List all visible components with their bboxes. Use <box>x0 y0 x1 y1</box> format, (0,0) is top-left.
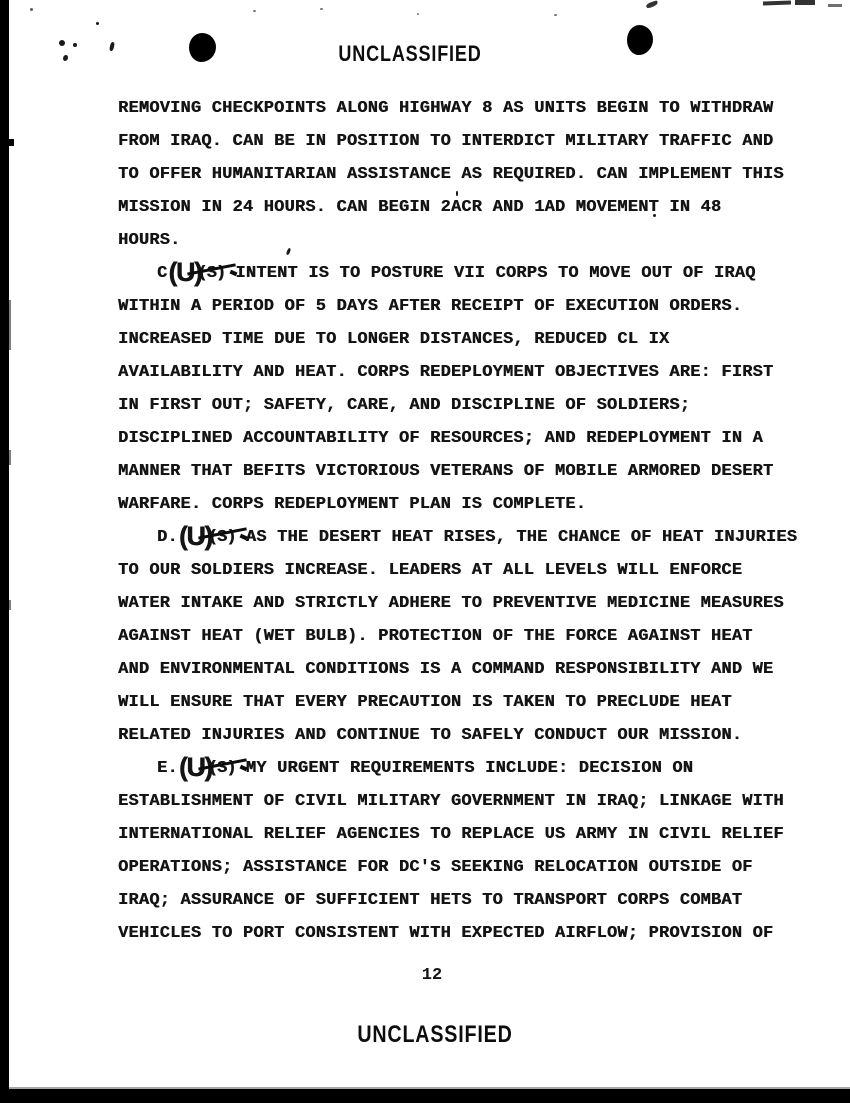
text-segment: IN FIRST OUT; SAFETY, CARE, AND DISCIPLI… <box>118 396 690 415</box>
hand-underline: II COR <box>464 264 526 283</box>
corner-scan-mark <box>763 1 791 6</box>
document-line: REMOVING CHECKPOINTS ALONG HIGHWAY 8 AS … <box>118 92 788 125</box>
document-line: MISSION IN 24 HOURS. CAN BEGIN 2ACR AND … <box>118 191 788 224</box>
text-segment: HOURS. <box>118 231 180 250</box>
document-line: OPERATIONS; ASSISTANCE FOR DC'S SEEKING … <box>118 851 788 884</box>
text-segment: IRAQ; ASSURANCE OF SUFFICIENT HETS TO TR… <box>118 891 742 910</box>
text-segment: AND ENVIRONMENTAL CONDITIONS IS A COMMAN… <box>118 660 773 679</box>
document-line: INTERNATIONAL RELIEF AGENCIES TO REPLACE… <box>118 818 788 851</box>
corner-scan-mark <box>646 0 659 8</box>
document-line: WARFARE. CORPS REDEPLOYMENT PLAN IS COMP… <box>118 488 788 521</box>
text-segment: MISSION IN 24 HOURS. CAN BEGIN 2ACR AND … <box>118 198 721 217</box>
text-segment: WARFARE. CORPS REDEPLOYMENT PLAN IS COMP… <box>118 495 586 514</box>
text-segment: D. <box>157 528 178 547</box>
scan-edge-strip-left <box>0 0 9 1103</box>
document-line: VEHICLES TO PORT CONSISTENT WITH EXPECTE… <box>118 917 788 950</box>
document-line: INCREASED TIME DUE TO LONGER DISTANCES, … <box>118 323 788 356</box>
ink-speck <box>417 13 419 15</box>
text-segment: E. <box>157 759 178 778</box>
struck-s-marking: (S) <box>208 521 236 554</box>
classification-banner-top: UNCLASSIFIED <box>74 41 746 67</box>
text-segment: TO OFFER HUMANITARIAN ASSISTANCE AS REQU… <box>118 165 784 184</box>
document-line: D.(U)(S) AS THE DESERT HEAT RISES, THE C… <box>118 521 788 554</box>
document-line: HOURS. <box>118 224 788 257</box>
document-line: FROM IRAQ. CAN BE IN POSITION TO INTERDI… <box>118 125 788 158</box>
document-line: RELATED INJURIES AND CONTINUE TO SAFELY … <box>118 719 788 752</box>
document-line: WITHIN A PERIOD OF 5 DAYS AFTER RECEIPT … <box>118 290 788 323</box>
text-segment: WITHIN A PERIOD OF 5 DAYS AFTER RECEIPT … <box>118 297 742 316</box>
document-line: TO OFFER HUMANITARIAN ASSISTANCE AS REQU… <box>118 158 788 191</box>
text-segment: RELATED INJURIES AND CONTINUE TO SAFELY … <box>118 726 742 745</box>
text-segment: DISCIPLINED ACCOUNTABILITY OF RESOURCES;… <box>118 429 763 448</box>
scan-edge-tick <box>0 139 14 146</box>
text-segment: ESTABLISHMENT OF CIVIL MILITARY GOVERNME… <box>118 792 784 811</box>
text-segment: WILL ENSURE THAT EVERY PRECAUTION IS TAK… <box>118 693 732 712</box>
ink-speck <box>63 55 68 61</box>
ink-speck <box>554 14 557 16</box>
ink-speck <box>320 8 323 10</box>
struck-s-marking: (S) <box>197 257 225 290</box>
ink-speck <box>96 22 99 25</box>
text-segment: AVAILABILITY AND HEAT. CORPS REDEPLOYMEN… <box>118 363 773 382</box>
text-segment: PS TO MOVE OUT OF I <box>527 264 725 283</box>
ink-speck <box>30 8 33 11</box>
document-line: IN FIRST OUT; SAFETY, CARE, AND DISCIPLI… <box>118 389 788 422</box>
hand-underline: RAQ <box>724 264 755 283</box>
document-line: AND ENVIRONMENTAL CONDITIONS IS A COMMAN… <box>118 653 788 686</box>
document-line: TO OUR SOLDIERS INCREASE. LEADERS AT ALL… <box>118 554 788 587</box>
text-segment: OPERATIONS; ASSISTANCE FOR DC'S SEEKING … <box>118 858 753 877</box>
document-line: C(U)(S) INTENT IS TO POSTURE VII CORPS T… <box>118 257 788 290</box>
document-line: WILL ENSURE THAT EVERY PRECAUTION IS TAK… <box>118 686 788 719</box>
text-segment: MANNER THAT BEFITS VICTORIOUS VETERANS O… <box>118 462 773 481</box>
document-line: AGAINST HEAT (WET BULB). PROTECTION OF T… <box>118 620 788 653</box>
text-segment: C <box>157 264 167 283</box>
text-segment: TO OUR SOLDIERS INCREASE. LEADERS AT ALL… <box>118 561 742 580</box>
text-segment: REMOVING CHECKPOINTS ALONG HIGHWAY 8 AS … <box>118 99 773 118</box>
text-segment: FROM IRAQ. CAN BE IN POSITION TO INTERDI… <box>118 132 773 151</box>
text-segment: MY URGENT REQUIREMENTS INCLUDE: DECISION… <box>235 759 693 778</box>
document-body: REMOVING CHECKPOINTS ALONG HIGHWAY 8 AS … <box>118 92 788 950</box>
scan-edge-bar-bottom <box>0 1089 850 1103</box>
text-segment: INCREASED TIME DUE TO LONGER DISTANCES, … <box>118 330 669 349</box>
text-segment: VEHICLES TO PORT CONSISTENT WITH EXPECTE… <box>118 924 773 943</box>
text-segment: INTENT IS TO POSTURE V <box>225 264 464 283</box>
corner-scan-mark <box>828 4 842 7</box>
classification-banner-bottom: UNCLASSIFIED <box>95 1021 776 1049</box>
document-line: E.(U)(S) MY URGENT REQUIREMENTS INCLUDE:… <box>118 752 788 785</box>
document-line: AVAILABILITY AND HEAT. CORPS REDEPLOYMEN… <box>118 356 788 389</box>
text-segment: AS THE DESERT HEAT RISES, THE CHANCE OF … <box>235 528 797 547</box>
ink-speck <box>59 40 65 46</box>
document-line: MANNER THAT BEFITS VICTORIOUS VETERANS O… <box>118 455 788 488</box>
ink-speck <box>253 10 256 12</box>
document-line: WATER INTAKE AND STRICTLY ADHERE TO PREV… <box>118 587 788 620</box>
struck-s-marking: (S) <box>208 752 236 785</box>
document-line: ESTABLISHMENT OF CIVIL MILITARY GOVERNME… <box>118 785 788 818</box>
text-segment: AGAINST HEAT (WET BULB). PROTECTION OF T… <box>118 627 753 646</box>
scanned-document-page: UNCLASSIFIED UNCLASSIFIED REMOVING CHECK… <box>0 0 850 1103</box>
page-number: 12 <box>0 966 850 985</box>
text-segment: WATER INTAKE AND STRICTLY ADHERE TO PREV… <box>118 594 784 613</box>
text-segment: INTERNATIONAL RELIEF AGENCIES TO REPLACE… <box>118 825 784 844</box>
corner-scan-mark <box>795 0 815 5</box>
document-line: IRAQ; ASSURANCE OF SUFFICIENT HETS TO TR… <box>118 884 788 917</box>
document-line: DISCIPLINED ACCOUNTABILITY OF RESOURCES;… <box>118 422 788 455</box>
